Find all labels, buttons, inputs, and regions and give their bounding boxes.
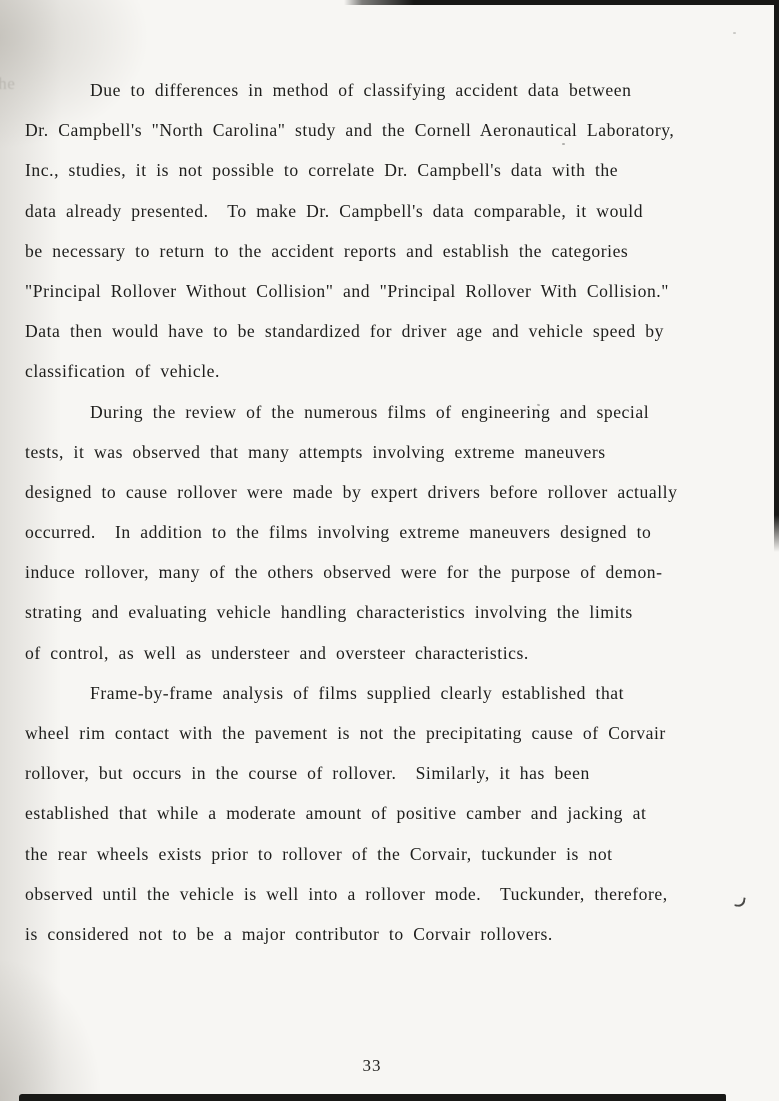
text-line: established that while a moderate amount… xyxy=(25,793,767,833)
body-text: Due to differences in method of classify… xyxy=(25,70,767,954)
text-line: the rear wheels exists prior to rollover… xyxy=(25,834,767,874)
text-line: During the review of the numerous films … xyxy=(25,392,767,432)
text-line: Data then would have to be standardized … xyxy=(25,311,767,351)
text-line: is considered not to be a major contribu… xyxy=(25,914,767,954)
paragraph-3: Frame-by-frame analysis of films supplie… xyxy=(25,673,767,954)
scan-shade-bottom-left xyxy=(0,961,100,1101)
text-line: Due to differences in method of classify… xyxy=(25,70,767,110)
ghost-text-fragment: the xyxy=(0,74,15,94)
text-line: Inc., studies, it is not possible to cor… xyxy=(25,150,767,190)
text-line: occurred. In addition to the films invol… xyxy=(25,512,767,552)
text-line: tests, it was observed that many attempt… xyxy=(25,432,767,472)
text-line: observed until the vehicle is well into … xyxy=(25,874,767,914)
text-line: Dr. Campbell's "North Carolina" study an… xyxy=(25,110,767,150)
document-page: the Due to differences in method of clas… xyxy=(0,0,779,1101)
text-line: of control, as well as understeer and ov… xyxy=(25,633,767,673)
text-line: classification of vehicle. xyxy=(25,351,767,391)
paragraph-1: Due to differences in method of classify… xyxy=(25,70,767,392)
scan-border-top xyxy=(344,0,779,5)
text-line: Frame-by-frame analysis of films supplie… xyxy=(25,673,767,713)
text-line: wheel rim contact with the pavement is n… xyxy=(25,713,767,753)
text-line: rollover, but occurs in the course of ro… xyxy=(25,753,767,793)
text-line: strating and evaluating vehicle handling… xyxy=(25,592,767,632)
paragraph-2: During the review of the numerous films … xyxy=(25,392,767,673)
page-number: 33 xyxy=(0,1056,744,1076)
scan-border-right xyxy=(774,0,779,552)
text-line: designed to cause rollover were made by … xyxy=(25,472,767,512)
text-line: be necessary to return to the accident r… xyxy=(25,231,767,271)
scan-border-bottom xyxy=(19,1094,726,1101)
ink-speck xyxy=(733,32,736,34)
text-line: data already presented. To make Dr. Camp… xyxy=(25,191,767,231)
text-line: "Principal Rollover Without Collision" a… xyxy=(25,271,767,311)
text-line: induce rollover, many of the others obse… xyxy=(25,552,767,592)
